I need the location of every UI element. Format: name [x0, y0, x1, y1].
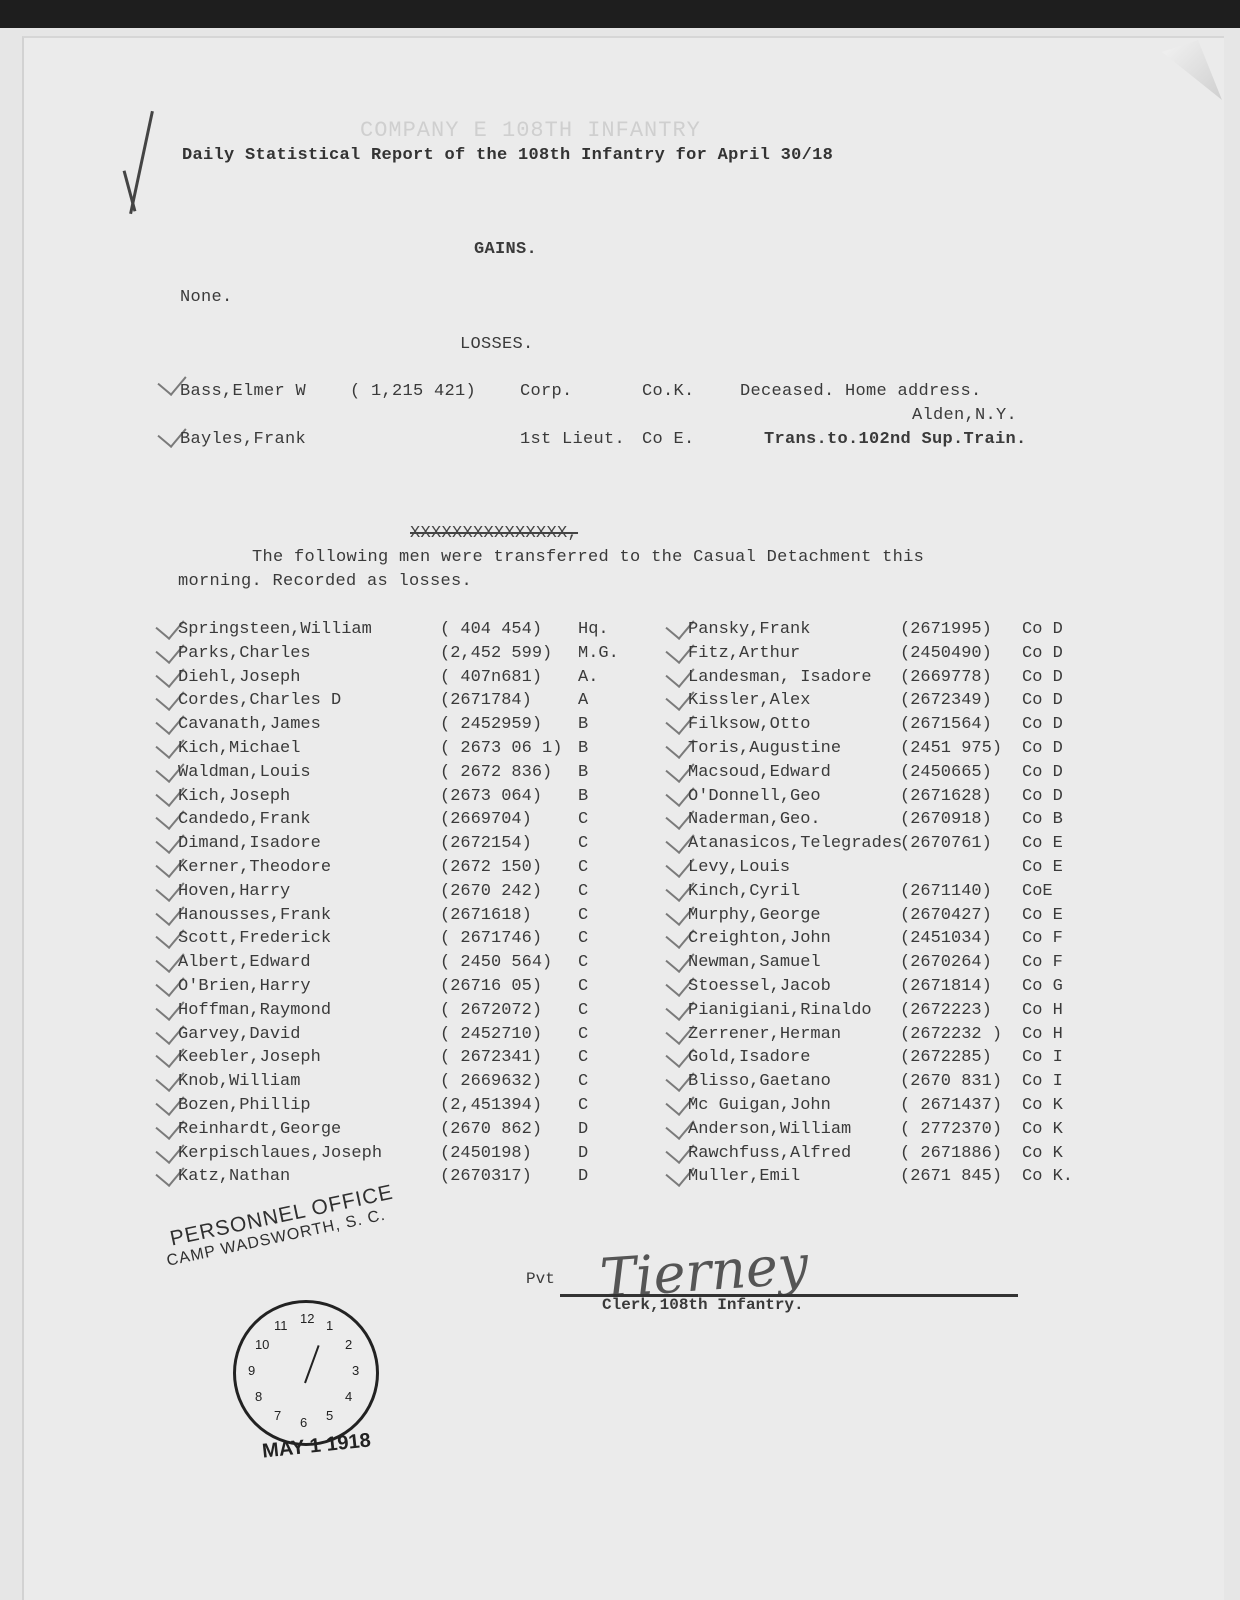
transfer-company: Co E: [1022, 906, 1063, 925]
transfer-company: C: [578, 882, 588, 901]
transfer-serial: ( 2671886): [900, 1144, 1002, 1163]
transfer-serial: (2,451394): [440, 1096, 542, 1115]
transfer-company: C: [578, 906, 588, 925]
transfer-company: D: [578, 1120, 588, 1139]
transfer-serial: ( 404 454): [440, 620, 542, 639]
large-checkmark-icon: [128, 110, 168, 210]
transfer-name: Murphy,George: [688, 906, 821, 925]
transfer-name: O'Brien,Harry: [178, 977, 311, 996]
loss-remark: Deceased. Home address.: [740, 382, 982, 401]
transfer-name: Katz,Nathan: [178, 1167, 290, 1186]
transfer-company: C: [578, 953, 588, 972]
transfer-name: Blisso,Gaetano: [688, 1072, 831, 1091]
transfer-company: B: [578, 715, 588, 734]
transfer-company: C: [578, 1096, 588, 1115]
transfer-name: Garvey,David: [178, 1025, 300, 1044]
transfer-serial: (2670918): [900, 810, 992, 829]
transfer-serial: ( 2671437): [900, 1096, 1002, 1115]
transfer-serial: (2450665): [900, 763, 992, 782]
transfer-name: Muller,Emil: [688, 1167, 800, 1186]
transfer-serial: (2672 150): [440, 858, 542, 877]
transfer-serial: ( 2672 836): [440, 763, 552, 782]
loss-rank: 1st Lieut.: [520, 430, 625, 449]
transfer-company: C: [578, 1048, 588, 1067]
transfer-company: Co F: [1022, 953, 1063, 972]
transfer-company: C: [578, 858, 588, 877]
transfer-name: O'Donnell,Geo: [688, 787, 821, 806]
transfer-company: Co I: [1022, 1048, 1063, 1067]
transfer-company: Co K: [1022, 1144, 1063, 1163]
transfer-serial: (2672349): [900, 691, 992, 710]
transfer-company: Hq.: [578, 620, 609, 639]
transfer-name: Knob,William: [178, 1072, 300, 1091]
transfer-name: Cavanath,James: [178, 715, 321, 734]
transfer-company: Co K: [1022, 1096, 1063, 1115]
transfer-serial: (2670761): [900, 834, 992, 853]
transfer-name: Landesman, Isadore: [688, 668, 872, 687]
transfer-company: M.G.: [578, 644, 619, 663]
transfer-company: D: [578, 1144, 588, 1163]
transfer-company: Co H: [1022, 1001, 1063, 1020]
loss-rank: Corp.: [520, 382, 573, 401]
transfer-serial: (2671 845): [900, 1167, 1002, 1186]
clock-number: 11: [274, 1318, 288, 1333]
loss-name: Bayles,Frank: [180, 430, 306, 449]
transfer-company: A: [578, 691, 588, 710]
transfer-name: Kich,Michael: [178, 739, 300, 758]
transfer-serial: (2669704): [440, 810, 532, 829]
transfer-name: Scott,Frederick: [178, 929, 331, 948]
transfer-name: Candedo,Frank: [178, 810, 311, 829]
transfer-serial: (2670 242): [440, 882, 542, 901]
transfer-serial: ( 2452710): [440, 1025, 542, 1044]
clock-stamp-icon: 121234567891011: [233, 1300, 379, 1446]
transfer-serial: ( 2672072): [440, 1001, 542, 1020]
loss-name: Bass,Elmer W: [180, 382, 306, 401]
transfer-name: Macsoud,Edward: [688, 763, 831, 782]
transfer-serial: ( 2450 564): [440, 953, 552, 972]
clock-number: 2: [345, 1337, 352, 1352]
transfer-company: Co K.: [1022, 1167, 1073, 1186]
transfer-name: Anderson,William: [688, 1120, 851, 1139]
transfer-serial: ( 2772370): [900, 1120, 1002, 1139]
transfer-company: Co I: [1022, 1072, 1063, 1091]
transfer-name: Filksow,Otto: [688, 715, 810, 734]
transfer-name: Mc Guigan,John: [688, 1096, 831, 1115]
scan-top-border: [0, 0, 1240, 28]
loss-remark: Trans.to.102nd Sup.Train.: [764, 430, 1027, 449]
transfer-name: Parks,Charles: [178, 644, 311, 663]
transfer-company: Co F: [1022, 929, 1063, 948]
transfer-company: Co D: [1022, 763, 1063, 782]
transfer-serial: (2672285): [900, 1048, 992, 1067]
transfer-company: CoE: [1022, 882, 1053, 901]
transfer-company: Co B: [1022, 810, 1063, 829]
gains-heading: GAINS.: [474, 240, 537, 259]
transfer-name: Keebler,Joseph: [178, 1048, 321, 1067]
transfer-serial: (2671564): [900, 715, 992, 734]
transfer-name: Atanasicos,Telegrades: [688, 834, 902, 853]
transfer-company: C: [578, 834, 588, 853]
transfer-name: Creighton,John: [688, 929, 831, 948]
transfer-serial: (2671784): [440, 691, 532, 710]
transfer-company: C: [578, 1072, 588, 1091]
clock-number: 9: [248, 1363, 255, 1378]
transfer-name: Waldman,Louis: [178, 763, 311, 782]
transfer-intro-line1: The following men were transferred to th…: [252, 548, 924, 567]
clock-number: 10: [255, 1337, 269, 1352]
transfer-name: Hanousses,Frank: [178, 906, 331, 925]
transfer-serial: (2450198): [440, 1144, 532, 1163]
loss-serial: ( 1,215 421): [350, 382, 476, 401]
gains-body: None.: [180, 288, 233, 307]
transfer-serial: ( 2669632): [440, 1072, 542, 1091]
transfer-serial: ( 2671746): [440, 929, 542, 948]
transfer-name: Newman,Samuel: [688, 953, 821, 972]
transfer-serial: (2,452 599): [440, 644, 552, 663]
transfer-name: Rawchfuss,Alfred: [688, 1144, 851, 1163]
loss-company: Co.K.: [642, 382, 695, 401]
transfer-serial: (2670317): [440, 1167, 532, 1186]
transfer-company: Co D: [1022, 620, 1063, 639]
transfer-serial: (2450490): [900, 644, 992, 663]
loss-remark-address: Alden,N.Y.: [912, 406, 1017, 425]
transfer-serial: (2672154): [440, 834, 532, 853]
transfer-company: Co D: [1022, 715, 1063, 734]
transfer-intro-line2: morning. Recorded as losses.: [178, 572, 472, 591]
transfer-company: Co E: [1022, 858, 1063, 877]
clock-number: 7: [274, 1408, 281, 1423]
transfer-serial: (2670 831): [900, 1072, 1002, 1091]
transfer-serial: (2671618): [440, 906, 532, 925]
transfer-serial: (2672223): [900, 1001, 992, 1020]
transfer-name: Toris,Augustine: [688, 739, 841, 758]
transfer-name: Hoven,Harry: [178, 882, 290, 901]
transfer-company: C: [578, 1025, 588, 1044]
transfer-name: Pansky,Frank: [688, 620, 810, 639]
transfer-name: Kerner,Theodore: [178, 858, 331, 877]
transfer-name: Kissler,Alex: [688, 691, 810, 710]
clock-number: 3: [352, 1363, 359, 1378]
loss-company: Co E.: [642, 430, 695, 449]
transfer-company: Co D: [1022, 787, 1063, 806]
transfer-company: Co G: [1022, 977, 1063, 996]
transfer-serial: (2670 862): [440, 1120, 542, 1139]
transfer-serial: (2673 064): [440, 787, 542, 806]
transfer-name: Stoessel,Jacob: [688, 977, 831, 996]
transfer-serial: ( 2452959): [440, 715, 542, 734]
transfer-serial: (26716 05): [440, 977, 542, 996]
transfer-serial: (2671140): [900, 882, 992, 901]
transfer-serial: (2670427): [900, 906, 992, 925]
clock-number: 12: [300, 1311, 314, 1326]
transfer-name: Bozen,Phillip: [178, 1096, 311, 1115]
transfer-company: Co K: [1022, 1120, 1063, 1139]
losses-heading: LOSSES.: [460, 335, 534, 354]
transfer-name: Kerpischlaues,Joseph: [178, 1144, 382, 1163]
bleed-through-text: COMPANY E 108TH INFANTRY: [360, 118, 701, 143]
transfer-serial: (2451 975): [900, 739, 1002, 758]
transfer-name: Diehl,Joseph: [178, 668, 300, 687]
transfer-company: Co D: [1022, 644, 1063, 663]
transfer-name: Springsteen,William: [178, 620, 372, 639]
transfer-company: C: [578, 810, 588, 829]
transfer-name: Levy,Louis: [688, 858, 790, 877]
clock-number: 5: [326, 1408, 333, 1423]
report-title: Daily Statistical Report of the 108th In…: [182, 146, 833, 165]
transfer-name: Reinhardt,George: [178, 1120, 341, 1139]
transfer-company: Co D: [1022, 691, 1063, 710]
transfer-company: Co D: [1022, 668, 1063, 687]
clock-number: 8: [255, 1389, 262, 1404]
transfer-name: Fitz,Arthur: [688, 644, 800, 663]
transfer-serial: ( 407n681): [440, 668, 542, 687]
transfer-serial: (2669778): [900, 668, 992, 687]
transfer-serial: (2670264): [900, 953, 992, 972]
transfer-company: B: [578, 787, 588, 806]
transfer-name: Gold,Isadore: [688, 1048, 810, 1067]
transfer-serial: ( 2673 06 1): [440, 739, 562, 758]
transfer-company: C: [578, 929, 588, 948]
transfer-company: Co E: [1022, 834, 1063, 853]
clock-number: 6: [300, 1415, 307, 1430]
transfer-name: Kich,Joseph: [178, 787, 290, 806]
transfer-name: Hoffman,Raymond: [178, 1001, 331, 1020]
transfer-serial: (2671628): [900, 787, 992, 806]
transfer-company: A.: [578, 668, 598, 687]
transfer-name: Cordes,Charles D: [178, 691, 341, 710]
transfer-company: Co D: [1022, 739, 1063, 758]
clock-hand: [304, 1345, 320, 1383]
transfer-name: Kinch,Cyril: [688, 882, 800, 901]
transfer-serial: ( 2672341): [440, 1048, 542, 1067]
signature-rank: Pvt: [526, 1270, 555, 1288]
transfer-name: Pianigiani,Rinaldo: [688, 1001, 872, 1020]
transfer-company: D: [578, 1167, 588, 1186]
transfer-name: Zerrener,Herman: [688, 1025, 841, 1044]
transfer-serial: (2451034): [900, 929, 992, 948]
transfer-company: C: [578, 1001, 588, 1020]
transfer-serial: (2672232 ): [900, 1025, 1002, 1044]
struck-heading: XXXXXXXXXXXXXXX,: [410, 524, 578, 543]
clock-number: 4: [345, 1389, 352, 1404]
transfer-serial: (2671995): [900, 620, 992, 639]
transfer-name: Naderman,Geo.: [688, 810, 821, 829]
transfer-company: B: [578, 739, 588, 758]
transfer-name: Albert,Edward: [178, 953, 311, 972]
transfer-company: Co H: [1022, 1025, 1063, 1044]
transfer-company: B: [578, 763, 588, 782]
transfer-name: Dimand,Isadore: [178, 834, 321, 853]
transfer-company: C: [578, 977, 588, 996]
transfer-serial: (2671814): [900, 977, 992, 996]
clock-number: 1: [326, 1318, 333, 1333]
signature-title: Clerk,108th Infantry.: [602, 1296, 804, 1314]
